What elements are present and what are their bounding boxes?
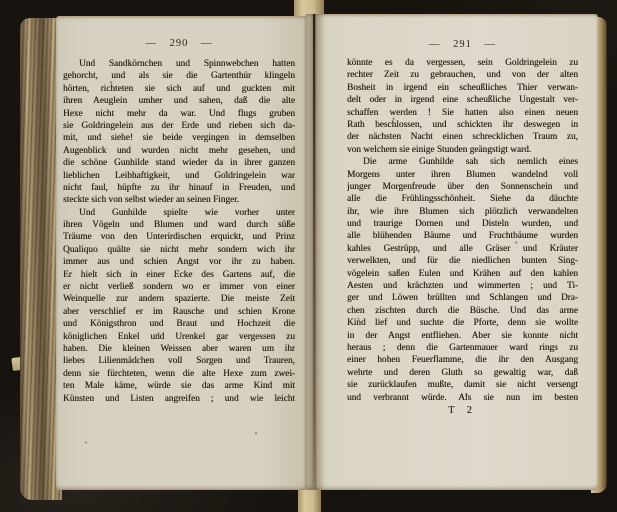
text-line: Aesten und krächzten und wimmerten ; und…	[347, 280, 578, 292]
text-line: Künsten und Listen angreifen ; und wie l…	[63, 393, 295, 405]
text-line: lieblichen Leibhaftigkeit, und Goldringe…	[63, 170, 295, 182]
text-line: Morgens unter ihren Blumen wandelnd voll	[347, 169, 578, 181]
text-line: ihren Aeuglein umher und sahen, daß die …	[63, 95, 295, 107]
text-line: Die arme Gunhilde sah sich nemlich eines	[347, 156, 578, 168]
text-line: kahles Gestrüpp, und alle Gräser und Krä…	[347, 243, 578, 255]
text-line: ihren Vögeln und Blumen und ward durch s…	[63, 219, 295, 231]
signature-mark: T 2	[347, 405, 578, 417]
text-line: Er hielt sich in einer Ecke des Gartens …	[63, 269, 295, 281]
text-line: der nächsten Nacht einen schrecklichen T…	[347, 131, 578, 143]
text-line: ihr, wie ihre Blumen sich plötzlich verw…	[347, 206, 578, 218]
text-line: ger und Löwen brüllten und Schlangen und…	[347, 292, 578, 304]
text-line: verwelkten, und für die niedlichen bunte…	[347, 255, 578, 267]
text-line: Augenblick und wurden nicht mehr gesehen…	[63, 145, 295, 157]
text-line: aber verschlief er im Rausche und schien…	[63, 306, 295, 318]
text-line: in der Angst entfliehen. Aber sie konnte…	[347, 330, 578, 342]
text-line: und Königsthron und Braut und Hochzeit d…	[63, 318, 295, 330]
text-line: Rath beschlossen, und schickten ihr desw…	[347, 119, 578, 131]
text-line: Weinquelle zur andern spazierte. Die mei…	[63, 293, 295, 305]
text-line: Bosheit in irgend ein scheußliches Thier…	[347, 82, 578, 94]
text-line: die schöne Gunhilde stand wieder da in i…	[63, 157, 295, 169]
text-line: ten Male käme, würde sie das arme Kind m…	[63, 380, 295, 392]
text-line: haben. Die kleinen Weissen aber waren um…	[63, 343, 295, 355]
text-line: nicht faul, hüpfte zu ihr hinauf in Freu…	[63, 182, 295, 194]
text-line: junger Morgenfreude über den Sonnenschei…	[347, 181, 578, 193]
gutter-seam-line	[313, 14, 315, 490]
text-line: gehorcht, und als sie die Gartenthür kli…	[63, 70, 295, 82]
text-line: einer hohen Feuerflamme, die ihr den Aus…	[347, 354, 578, 366]
text-line: immer aus und schien Angst vor ihr zu ha…	[63, 256, 295, 268]
text-line: und traurige Dornen und Disteln wurden, …	[347, 218, 578, 230]
text-line: sie zurücklaufen mußte, damit sie nicht …	[347, 379, 578, 391]
photo-background: — 290 — Und Sandkörnchen und Spinnwebche…	[0, 0, 617, 512]
text-line: delt oder in irgend eine scheußliche Ung…	[347, 94, 578, 106]
text-line: könnte es da vergessen, sein Goldringele…	[347, 57, 578, 69]
text-line: chen zischten durch die Büsche. Und das …	[347, 305, 578, 317]
text-line: Und Sandkörnchen und Spinnwebchen hatten	[63, 58, 295, 70]
text-line: denn sie fürchteten, wenn die alte Hexe …	[63, 368, 295, 380]
right-page: — 291 — könnte es da vergessen, sein Gol…	[306, 14, 598, 490]
text-line: hörten, richteten sie sich auf und guckt…	[63, 83, 295, 95]
text-line: schaffen werden ! Sie hatten also einen …	[347, 107, 578, 119]
text-line: Hexe nicht mehr da war. Und flugs gruben	[63, 108, 295, 120]
text-line: königlichen Enkel und Urenkel gar verges…	[63, 331, 295, 343]
text-line: sie Goldringelein aus der Erde und riebe…	[63, 120, 295, 132]
text-line: Kind lief und suchte die Pforte, denn si…	[347, 317, 578, 329]
text-line: von welchem sie einige Stunden geängstig…	[347, 144, 578, 156]
text-line: und verbrannt würde. Als sie nun im best…	[347, 392, 578, 404]
text-line: rechter Zeit zu gebrauchen, und von der …	[347, 69, 578, 81]
page-number-left: — 290 —	[63, 37, 295, 50]
cradle-stick-bottom	[298, 487, 321, 512]
text-line: Und Gunhilde spielte wie vorher unter	[63, 207, 295, 219]
text-line: er nicht verließ sondern wo er immer von…	[63, 281, 295, 293]
text-line: alle die Frühlingsschönheit. Siehe da dä…	[347, 193, 578, 205]
text-line: heraus ; denn die Gartenmauer ward rings…	[347, 342, 578, 354]
text-line: alle blühenden Bäume und Fruchtbäume wur…	[347, 230, 578, 242]
text-line: liebes Lilienmädchen voll Sorgen und Tra…	[63, 355, 295, 367]
text-line: Träume von den Unterirdischen erquickt, …	[63, 231, 295, 243]
text-line: wehrte und deren Gluth so gewaltig war, …	[347, 367, 578, 379]
left-page: — 290 — Und Sandkörnchen und Spinnwebche…	[56, 16, 306, 490]
right-page-text: könnte es da vergessen, sein Goldringele…	[347, 57, 578, 404]
text-line: mit, und siehe! sie beide vergingen in d…	[63, 132, 295, 144]
left-page-text: Und Sandkörnchen und Spinnwebchen hatten…	[63, 58, 295, 405]
text-line: vögelein saßen Eulen und Krähen auf den …	[347, 268, 578, 280]
text-line: steckte sich von selbst wieder an seinen…	[63, 194, 295, 206]
page-number-right: — 291 —	[347, 38, 578, 51]
text-line: Qualiquo quälte sie nicht mehr sondern w…	[63, 244, 295, 256]
